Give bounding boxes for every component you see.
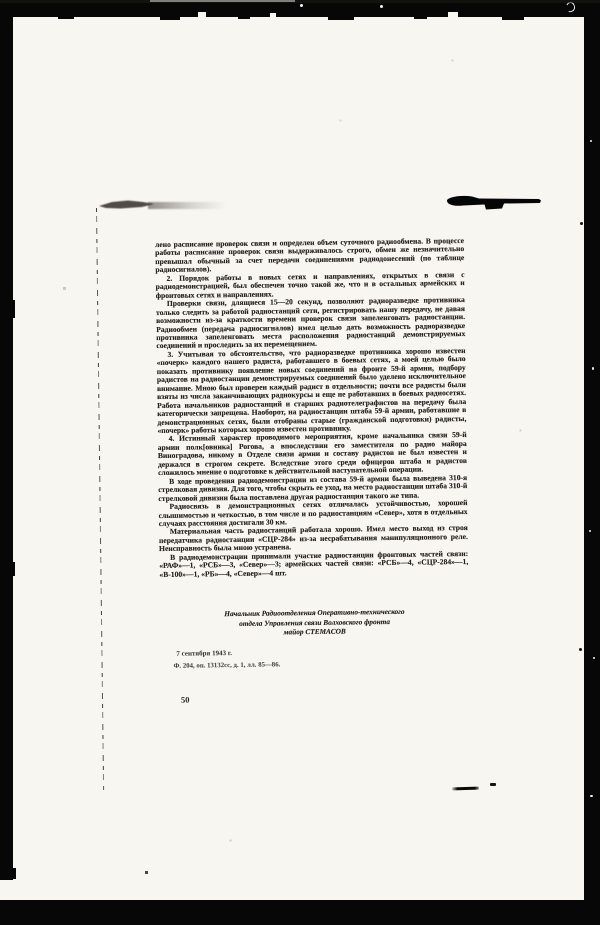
scan-edge-ragged (58, 17, 74, 19)
scan-speck (300, 4, 303, 7)
scan-speck (579, 648, 582, 651)
pen-dash-mark (452, 787, 479, 791)
scan-edge-ragged (13, 562, 15, 576)
paragraph: Проверки связи, длящиеся 15—20 секунд, п… (156, 296, 466, 351)
scan-edge-ragged (160, 17, 180, 20)
signature-block: Начальник Радиоотделения Оперативно-техн… (160, 606, 469, 639)
ink-blob-mark (443, 193, 545, 215)
scan-edge-notch (198, 12, 206, 17)
scan-edge-left (0, 0, 13, 880)
document-body: лено расписание проверок связи и определ… (155, 237, 468, 579)
scan-edge-ragged (13, 300, 15, 318)
scan-speck (589, 530, 591, 532)
scan-edge-ragged (502, 17, 524, 20)
scan-edge-ragged (238, 17, 250, 19)
archive-reference: Ф. 204, оп. 13132сс, д. 1, лл. 85—86. (161, 659, 470, 670)
document-date: 7 сентября 1943 г. (160, 646, 469, 658)
scan-edge-fringe (0, 0, 600, 3)
scan-edge-ragged (328, 17, 354, 20)
scan-edge-ragged (414, 17, 427, 19)
scan-speck (580, 222, 583, 225)
paragraph: лено расписание проверок связи и определ… (155, 237, 464, 275)
scan-edge-ragged (0, 868, 16, 879)
paragraph: 3. Учитывая то обстоятельство, что радио… (156, 347, 466, 436)
scan-edge-right (584, 0, 600, 925)
scan-edge-bottom (0, 900, 600, 925)
scan-speck (590, 140, 592, 142)
page-fold-line (96, 208, 105, 790)
pen-dash-mark (490, 783, 496, 786)
scan-speck (380, 5, 383, 8)
smudge-mark-tail (148, 202, 226, 209)
scan-speck (593, 657, 595, 659)
scan-edge-notch (448, 12, 458, 17)
scanned-document-page: лено расписание проверок связи и определ… (0, 0, 600, 925)
scan-edge-notch (270, 13, 276, 17)
scan-speck (590, 795, 593, 797)
scan-noise (0, 0, 1, 1)
scan-speck (592, 367, 594, 370)
paragraph: В радиодемонстрации принимали участие ра… (159, 550, 468, 579)
paragraph: 4. Истинный характер проводимого меропри… (158, 431, 468, 477)
page-number: 50 (161, 691, 470, 705)
document-text-block: лено расписание проверок связи и определ… (155, 237, 470, 705)
